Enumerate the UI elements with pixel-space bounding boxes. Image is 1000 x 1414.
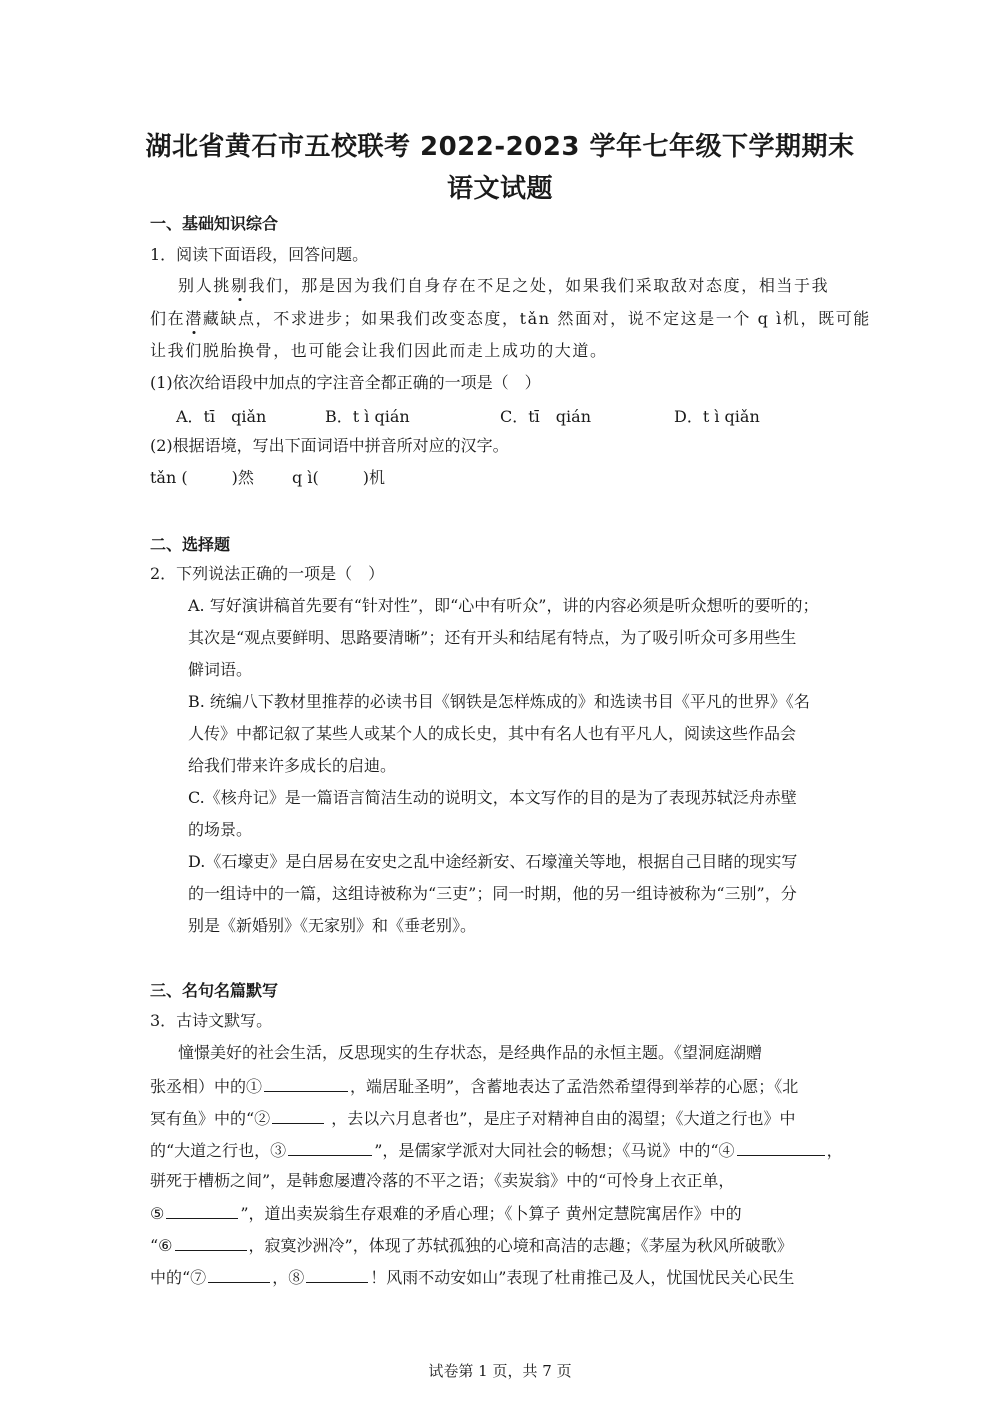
option-b[interactable]: B．t ì qián [325, 404, 410, 427]
question-2-stem: 2．下列说法正确的一项是（ ） [150, 564, 850, 584]
q2-option-b-line-3: 给我们带来许多成长的启迪。 [188, 756, 888, 776]
blank-5[interactable] [166, 1202, 238, 1219]
dictation-line-2: 张丞相）中的①，端居耻圣明”，含蓄地表达了孟浩然希望得到举荐的心愿；《北 [150, 1075, 850, 1097]
q2-option-a-line-2: 其次是“观点要鲜明、思路要清晰”；还有开头和结尾有特点，为了吸引听众可多用些生 [188, 628, 888, 648]
q2-option-a-line-1[interactable]: A. 写好演讲稿首先要有“针对性”，即“心中有听众”，讲的内容必须是听众想听的要… [188, 596, 888, 616]
section-heading-3: 三、名句名篇默写 [150, 978, 278, 1001]
q2-option-d-line-2: 的一组诗中的一篇，这组诗被称为“三吏”；同一时期，他的另一组诗被称为“三别”，分 [188, 884, 888, 904]
dictation-line-8: 中的“⑦，⑧！风雨不动安如山”表现了杜甫推己及人，忧国忧民关心民生 [150, 1266, 850, 1288]
blank-6[interactable] [175, 1234, 247, 1251]
dictation-line-5: 骈死于槽枥之间”，是韩愈屡遭冷落的不平之语；《卖炭翁》中的“可怜身上衣正单， [150, 1171, 850, 1191]
passage-line-3: 让我们脱胎换骨，也可能会让我们因此而走上成功的大道。 [150, 341, 850, 361]
q2-option-b-line-1[interactable]: B. 统编八下教材里推荐的必读书目《钢铁是怎样炼成的》和选读书目《平凡的世界》《… [188, 692, 888, 712]
question-3-stem: 3．古诗文默写。 [150, 1011, 850, 1031]
dictation-line-7: “⑥，寂寞沙洲冷”，体现了苏轼孤独的心境和高洁的志趣；《茅屋为秋风所破歌》 [150, 1234, 850, 1256]
option-d[interactable]: D．t ì qiǎn [674, 404, 760, 427]
dictation-line-1: 憧憬美好的社会生活，反思现实的生存状态，是经典作品的永恒主题。《望洞庭湖赠 [178, 1043, 878, 1063]
q2-option-d-line-3: 别是《新婚别》《无家别》和《垂老别》。 [188, 916, 888, 936]
subquestion-1-prompt: (1)依次给语段中加点的字注音全都正确的一项是（ ） [150, 373, 850, 393]
blank-4[interactable] [737, 1139, 825, 1156]
q2-option-a-line-3: 僻词语。 [188, 660, 888, 680]
blank-7[interactable] [208, 1266, 270, 1283]
subquestion-2-prompt: (2)根据语境，写出下面词语中拼音所对应的汉字。 [150, 436, 850, 456]
dotted-char-qian: 潜 [185, 309, 203, 328]
document-subtitle: 语文试题 [0, 168, 1000, 205]
fill-in-line: tǎn ()然 q ì()机 [150, 468, 850, 488]
fill-qi-pre: q ì( [292, 468, 319, 487]
section-heading-1: 一、基础知识综合 [150, 211, 278, 234]
dictation-line-6: ⑤”，道出卖炭翁生存艰难的矛盾心理；《卜算子 黄州定慧院寓居作》中的 [150, 1202, 850, 1224]
fill-tan-post: )然 [232, 468, 254, 487]
q2-option-c-line-2: 的场景。 [188, 820, 888, 840]
option-a[interactable]: A．tī qiǎn [176, 404, 266, 427]
exam-page: 湖北省黄石市五校联考 2022-2023 学年七年级下学期期末 语文试题 一、基… [0, 0, 1000, 1414]
document-title: 湖北省黄石市五校联考 2022-2023 学年七年级下学期期末 [0, 126, 1000, 163]
page-footer: 试卷第 1 页，共 7 页 [0, 1360, 1000, 1381]
section-heading-2: 二、选择题 [150, 532, 230, 555]
dictation-line-4: 的“大道之行也，③”，是儒家学派对大同社会的畅想；《马说》中的“④， [150, 1139, 850, 1161]
passage-line-2: 们在潜藏缺点，不求进步；如果我们改变态度，tǎn 然面对，说不定这是一个 q ì… [150, 309, 850, 329]
fill-tan-pre: tǎn ( [150, 468, 188, 487]
dotted-char-ti: 剔 [231, 276, 249, 295]
blank-1[interactable] [264, 1075, 348, 1092]
blank-3[interactable] [288, 1139, 372, 1156]
dictation-line-3: 冥有鱼》中的“② ，去以六月息者也”，是庄子对精神自由的渴望；《大道之行也》中 [150, 1107, 850, 1129]
option-c[interactable]: C．tī qián [500, 404, 591, 427]
q2-option-b-line-2: 人传》中都记叙了某些人或某个人的成长史，其中有名人也有平凡人，阅读这些作品会 [188, 724, 888, 744]
q2-option-d-line-1[interactable]: D.《石壕吏》是白居易在安史之乱中途经新安、石壕潼关等地，根据自己目睹的现实写 [188, 852, 888, 872]
question-1-stem: 1．阅读下面语段，回答问题。 [150, 245, 850, 265]
fill-qi-post: )机 [363, 468, 385, 487]
blank-8[interactable] [306, 1266, 368, 1283]
passage-line-1: 别人挑剔我们，那是因为我们自身存在不足之处，如果我们采取敌对态度，相当于我 [178, 276, 878, 296]
blank-2[interactable] [272, 1107, 324, 1124]
q2-option-c-line-1[interactable]: C.《核舟记》是一篇语言简洁生动的说明文，本文写作的目的是为了表现苏轼泛舟赤壁 [188, 788, 888, 808]
